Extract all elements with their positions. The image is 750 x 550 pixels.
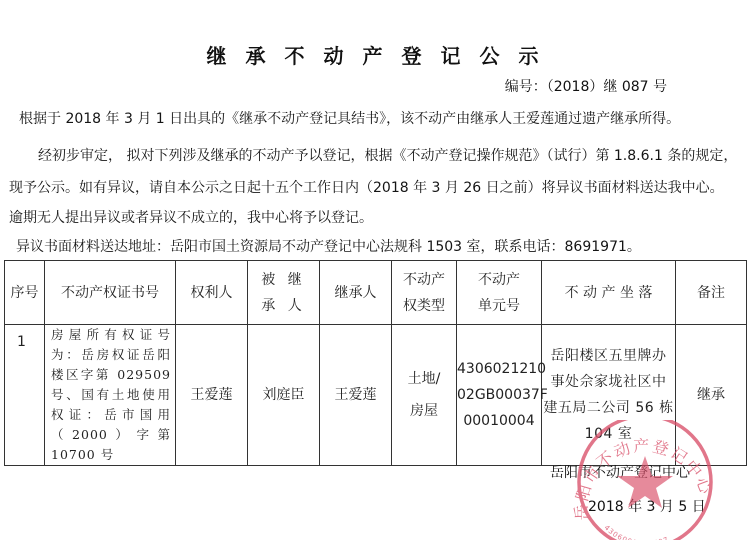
header-unit-no-line2: 单元号 xyxy=(457,293,541,319)
cell-decedent: 刘庭臣 xyxy=(248,325,320,466)
header-right-type: 不动产 权类型 xyxy=(392,261,457,325)
table-header-row: 序号 不动产权证书号 权利人 被 继 承 人 继承人 不动产 权类型 不动产 单… xyxy=(5,261,747,325)
header-location: 不 动 产 坐 落 xyxy=(542,261,676,325)
cell-right-type: 土地/ 房屋 xyxy=(392,325,457,466)
right-type-line1: 土地/ xyxy=(392,363,456,395)
cell-remark: 继承 xyxy=(676,325,747,466)
unit-no-line2: 02GB00037F xyxy=(457,382,541,408)
cell-cert-no: 房屋所有权证号为：岳房权证岳阳楼区字第 029509 号、国有土地使用权证：岳市… xyxy=(45,325,176,466)
paragraph-basis: 根据于 2018 年 3 月 1 日出具的《继承不动产登记具结书》，该不动产由继… xyxy=(19,108,680,128)
paragraph-review: 经初步审定， 拟对下列涉及继承的不动产予以登记，根据《不动产登记操作规范》（试行… xyxy=(38,145,737,165)
location-line2: 事处佘家垅社区中 xyxy=(542,369,675,395)
unit-no-line3: 00010004 xyxy=(457,408,541,434)
header-decedent-line2: 承 人 xyxy=(248,293,319,319)
header-unit-no-line1: 不动产 xyxy=(457,267,541,293)
unit-no-line1: 4306021210 xyxy=(457,356,541,382)
header-right-type-line2: 权类型 xyxy=(392,293,456,319)
document-number: 编号：（2018）继 087 号 xyxy=(505,76,667,96)
header-cert-no: 不动产权证书号 xyxy=(45,261,176,325)
signature-date: 2018 年 3 月 5 日 xyxy=(588,496,706,516)
cell-heir: 王爱莲 xyxy=(320,325,392,466)
cell-location: 岳阳楼区五里牌办 事处佘家垅社区中 建五局二公司 56 栋 104 室 xyxy=(542,325,676,466)
objection-address: 异议书面材料送达地址：岳阳市国土资源局不动产登记中心法规科 1503 室，联系电… xyxy=(16,236,641,256)
paragraph-no-objection: 逾期无人提出异议或者异议不成立的，我中心将予以登记。 xyxy=(9,207,373,227)
cell-unit-no: 4306021210 02GB00037F 00010004 xyxy=(457,325,542,466)
header-decedent: 被 继 承 人 xyxy=(248,261,320,325)
page-title: 继承不动产登记公示 xyxy=(0,40,750,69)
location-line4: 104 室 xyxy=(542,421,675,447)
seal-serial: 4306000078707 xyxy=(603,524,671,540)
header-unit-no: 不动产 单元号 xyxy=(457,261,542,325)
header-seq: 序号 xyxy=(5,261,45,325)
header-heir: 继承人 xyxy=(320,261,392,325)
location-line1: 岳阳楼区五里牌办 xyxy=(542,343,675,369)
cell-seq: 1 xyxy=(5,325,45,466)
svg-text:4306000078707: 4306000078707 xyxy=(603,524,671,540)
header-decedent-line1: 被 继 xyxy=(248,267,319,293)
header-right-type-line1: 不动产 xyxy=(392,267,456,293)
cert-no-text: 房屋所有权证号为：岳房权证岳阳楼区字第 029509 号、国有土地使用权证：岳市… xyxy=(45,325,175,465)
header-remark: 备注 xyxy=(676,261,747,325)
table-row: 1 房屋所有权证号为：岳房权证岳阳楼区字第 029509 号、国有土地使用权证：… xyxy=(5,325,747,466)
registration-table: 序号 不动产权证书号 权利人 被 继 承 人 继承人 不动产 权类型 不动产 单… xyxy=(4,260,747,466)
signature-org: 岳阳市不动产登记中心 xyxy=(550,462,690,482)
header-right-holder: 权利人 xyxy=(176,261,248,325)
right-type-line2: 房屋 xyxy=(392,395,456,427)
location-line3: 建五局二公司 56 栋 xyxy=(542,395,675,421)
cell-right-holder: 王爱莲 xyxy=(176,325,248,466)
paragraph-objection-period: 现予公示。如有异议，请自本公示之日起十五个工作日内（2018 年 3 月 26 … xyxy=(9,177,724,197)
